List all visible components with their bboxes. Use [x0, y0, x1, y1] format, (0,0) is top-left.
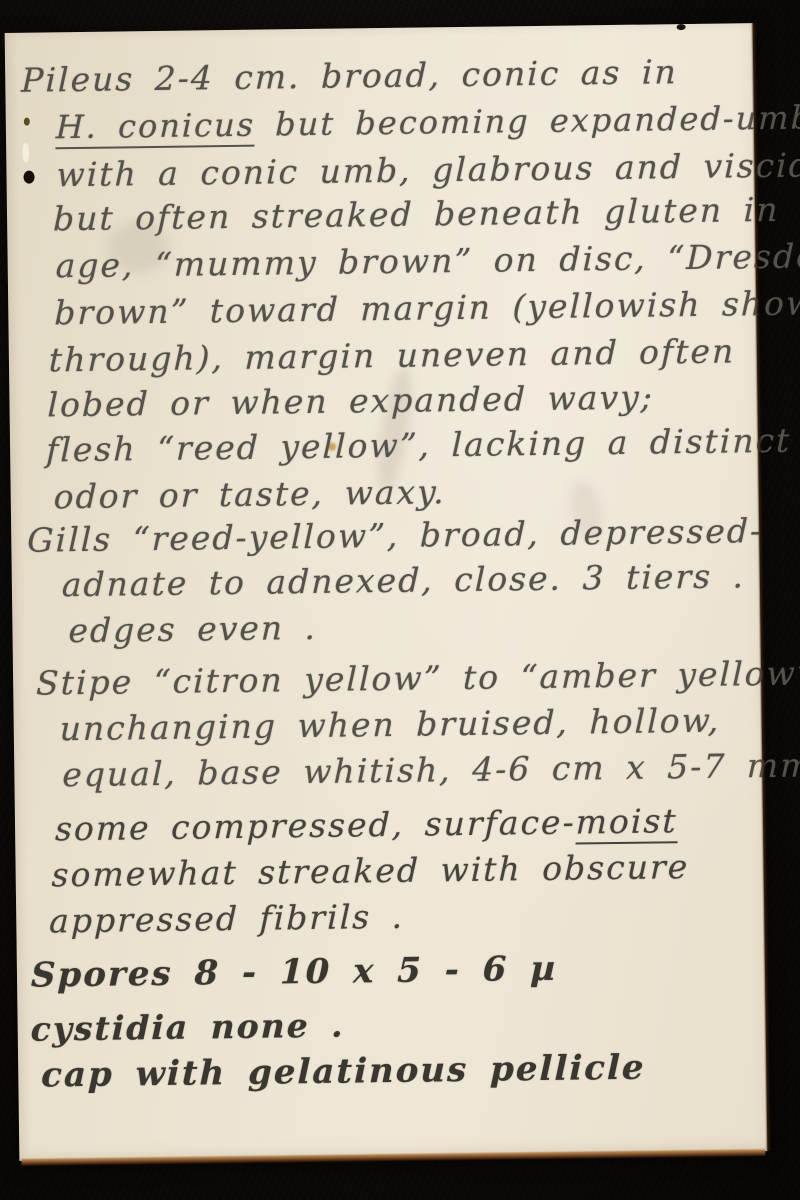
handwritten-line-8: lobed or when expanded wavy; [47, 377, 654, 424]
handwritten-line-7: through), margin uneven and often [49, 331, 736, 379]
handwritten-line-10: odor or taste, waxy. [53, 472, 446, 516]
handwritten-line-15: unchanging when bruised, hollow, [59, 701, 720, 749]
handwritten-line-22: cap with gelatinous pellicle [41, 1048, 646, 1096]
handwritten-line-6: brown” toward margin (yellowish showing [54, 283, 800, 333]
handwritten-line-14: Stipe “citron yellow” to “amber yellow” [36, 653, 800, 702]
handwritten-line-1: Pileus 2-4 cm. broad, conic as in [21, 52, 678, 100]
handwritten-line-2: H. conicus but becoming expanded-umbonat… [55, 97, 800, 146]
handwriting: Pileus 2-4 cm. broad, conic as inH. coni… [5, 23, 768, 1161]
handwritten-line-4: but often streaked beneath gluten in [53, 190, 780, 239]
handwritten-line-3: with a conic umb, glabrous and viscid [56, 145, 800, 194]
handwritten-line-12: adnate to adnexed, close. 3 tiers . [61, 556, 745, 604]
handwritten-line-18: somewhat streaked with obscure [51, 847, 689, 894]
handwritten-line-11: Gills “reed-yellow”, broad, depressed- [27, 511, 764, 560]
handwritten-line-17: some compressed, surface-moist [55, 801, 678, 848]
handwritten-line-21: cystidia none . [30, 1006, 345, 1049]
photo-background: Pileus 2-4 cm. broad, conic as inH. coni… [0, 0, 800, 1200]
handwritten-line-19: appressed fibrils . [49, 897, 405, 941]
handwritten-line-16: equal, base whitish, 4-6 cm x 5-7 mm, [62, 745, 800, 794]
note-card: Pileus 2-4 cm. broad, conic as inH. coni… [5, 23, 768, 1161]
handwritten-line-9: flesh “reed yellow”, lacking a distinct [46, 421, 792, 470]
handwritten-line-5: age, “mummy brown” on disc, “Dresden [55, 236, 800, 285]
handwritten-line-13: edges even . [68, 608, 318, 650]
handwritten-line-20: Spores 8 - 10 x 5 - 6 µ [31, 949, 558, 996]
